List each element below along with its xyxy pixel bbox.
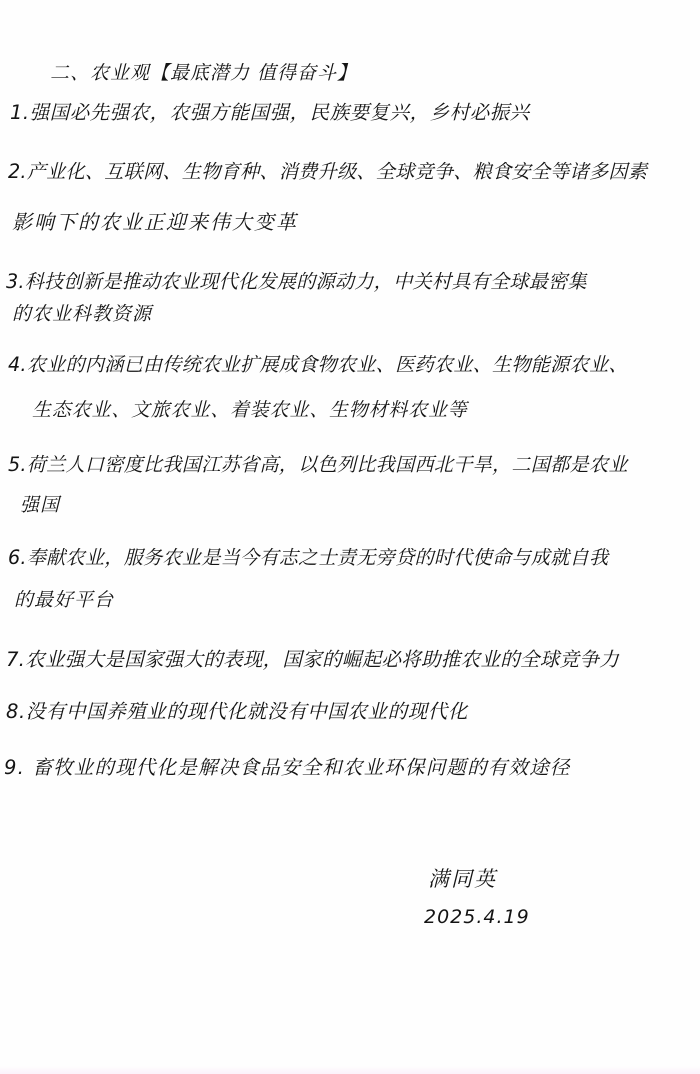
- item-4-line-2: 生态农业、文旅农业、着装农业、生物材料农业等: [32, 397, 468, 423]
- item-6-line-2: 的最好平台: [14, 587, 114, 613]
- item-3-line-1: 3.科技创新是推动农业现代化发展的源动力，中关村具有全球最密集: [6, 269, 587, 295]
- item-9-line-1: 9. 畜牧业的现代化是解决食品安全和农业环保问题的有效途径: [4, 755, 571, 781]
- item-5-line-1: 5.荷兰人口密度比我国江苏省高，以色列比我国西北干旱，二国都是农业: [8, 452, 628, 478]
- handwritten-page: 二、农业观【最底潜力 值得奋斗】 1.强国必先强农，农强方能国强，民族要复兴，乡…: [0, 0, 700, 1074]
- paper-edge-tint: [0, 1066, 700, 1074]
- document-title: 二、农业观【最底潜力 值得奋斗】: [50, 60, 357, 86]
- item-3-line-2: 的农业科教资源: [12, 301, 152, 327]
- item-1-line-1: 1.强国必先强农，农强方能国强，民族要复兴，乡村必振兴: [10, 100, 530, 126]
- item-2-line-2: 影响下的农业正迎来伟大变革: [12, 209, 298, 235]
- item-4-line-1: 4.农业的内涵已由传统农业扩展成食物农业、医药农业、生物能源农业、: [8, 352, 628, 378]
- item-5-line-2: 强国: [20, 492, 60, 518]
- signature-date: 2025.4.19: [424, 904, 530, 930]
- signature-name: 满同英: [428, 866, 497, 892]
- item-8-line-1: 8.没有中国养殖业的现代化就没有中国农业的现代化: [6, 699, 468, 725]
- item-6-line-1: 6.奉献农业，服务农业是当今有志之士责无旁贷的时代使命与成就自我: [8, 545, 608, 571]
- item-7-line-1: 7.农业强大是国家强大的表现，国家的崛起必将助推农业的全球竞争力: [6, 647, 619, 673]
- item-2-line-1: 2.产业化、互联网、生物育种、消费升级、全球竞争、粮食安全等诸多因素: [8, 159, 647, 185]
